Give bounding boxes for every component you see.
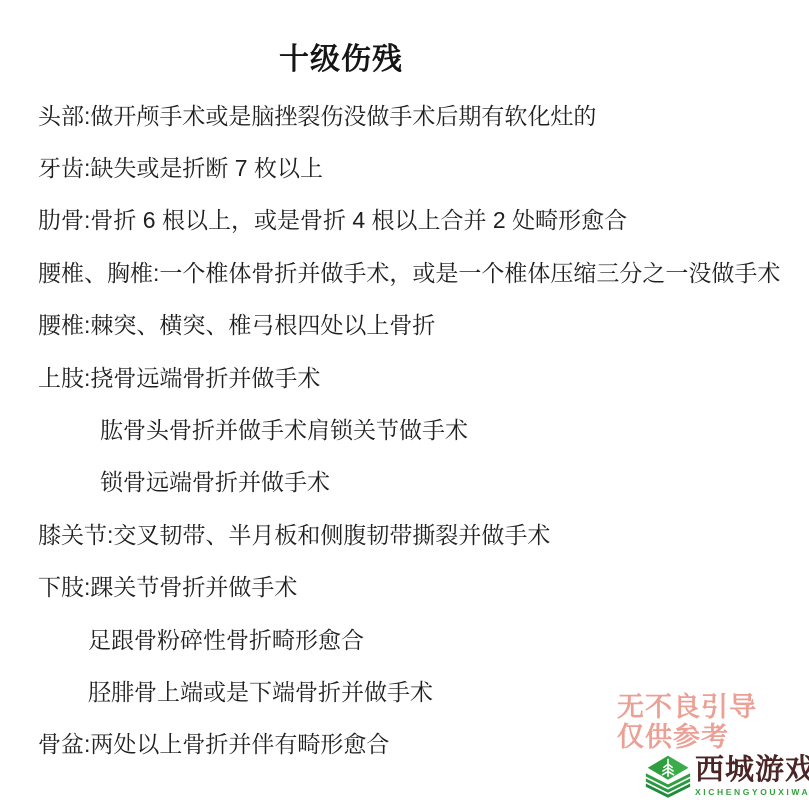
- list-item: 膝关节:交叉韧带、半月板和侧腹韧带撕裂并做手术: [0, 507, 809, 559]
- stacked-diamond-wheat-logo-icon: [644, 754, 692, 800]
- list-item: 肱骨头骨折并做手术肩锁关节做手术: [0, 402, 809, 454]
- watermark-line1: 无不良引导: [617, 692, 757, 722]
- site-latin-name: XICHENGYOUXIWANG: [695, 787, 809, 797]
- site-name: 西城游戏网: [695, 754, 809, 786]
- injury-list: 头部:做开颅手术或是脑挫裂伤没做手术后期有软化灶的牙齿:缺失或是折断 7 枚以上…: [0, 88, 809, 769]
- list-item: 锁骨远端骨折并做手术: [0, 455, 809, 507]
- list-item: 腰椎、胸椎:一个椎体骨折并做手术，或是一个椎体压缩三分之一没做手术: [0, 245, 809, 297]
- document-page: 十级伤残 头部:做开颅手术或是脑挫裂伤没做手术后期有软化灶的牙齿:缺失或是折断 …: [0, 0, 809, 800]
- list-item: 下肢:踝关节骨折并做手术: [0, 560, 809, 612]
- site-brand: 西城游戏网 XICHENGYOUXIWANG: [644, 754, 809, 800]
- list-item: 肋骨:骨折 6 根以上，或是骨折 4 根以上合并 2 处畸形愈合: [0, 193, 809, 245]
- list-item: 腰椎:棘突、横突、椎弓根四处以上骨折: [0, 298, 809, 350]
- list-item: 牙齿:缺失或是折断 7 枚以上: [0, 140, 809, 192]
- list-item: 上肢:挠骨远端骨折并做手术: [0, 350, 809, 402]
- list-item: 足跟骨粉碎性骨折畸形愈合: [0, 612, 809, 664]
- page-title: 十级伤残: [0, 34, 682, 78]
- watermark: 无不良引导 仅供参考: [617, 692, 757, 752]
- brand-text: 西城游戏网 XICHENGYOUXIWANG: [695, 754, 809, 797]
- list-item: 头部:做开颅手术或是脑挫裂伤没做手术后期有软化灶的: [0, 88, 809, 140]
- watermark-line2: 仅供参考: [617, 722, 757, 752]
